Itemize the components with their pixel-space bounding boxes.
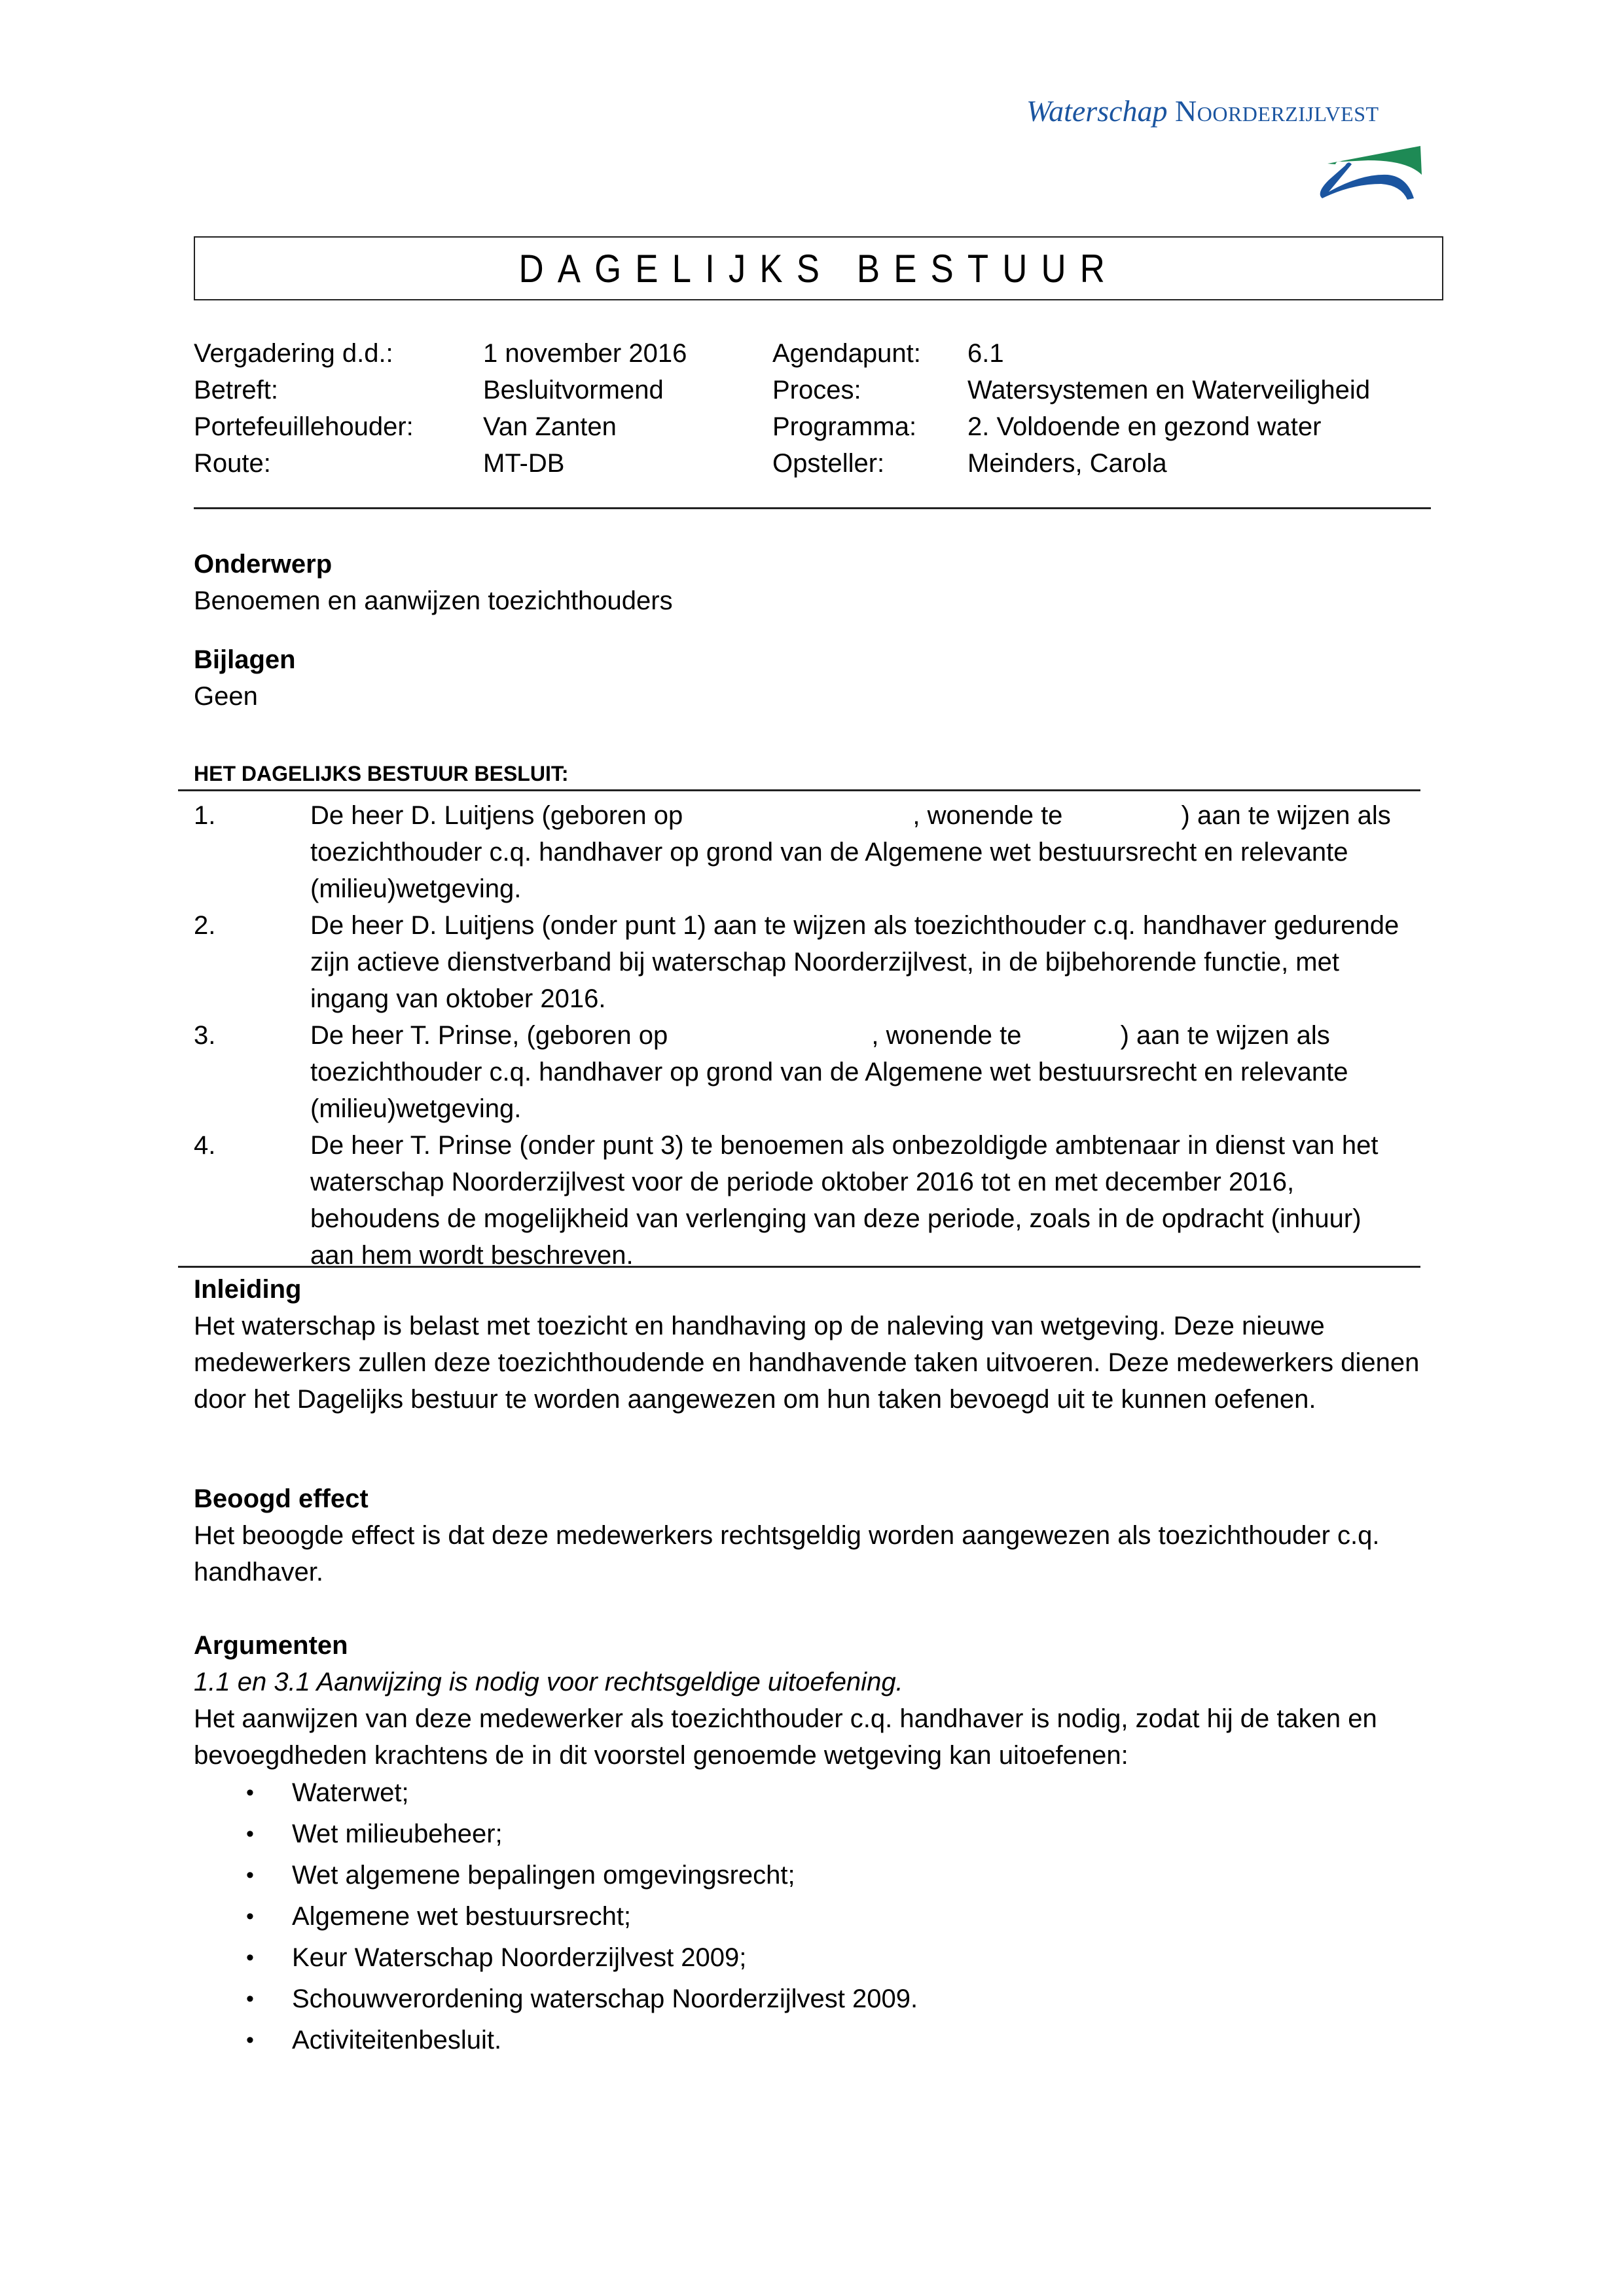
- meta-value-programma: 2. Voldoende en gezond water: [967, 408, 1321, 445]
- list-item: •Activiteitenbesluit.: [246, 2020, 918, 2061]
- decision-item-3: 3. De heer T. Prinse, (geboren op , wone…: [194, 1017, 1437, 1127]
- list-item-text: Wet milieubeheer;: [292, 1814, 503, 1855]
- decision-text: De heer D. Luitjens (onder punt 1) aan t…: [310, 907, 1437, 1017]
- argumenten-text: Het aanwijzen van deze medewerker als to…: [194, 1700, 1437, 1774]
- decision-text: De heer T. Prinse, (geboren op , wonende…: [310, 1017, 1437, 1127]
- meta-value-route: MT-DB: [483, 445, 564, 482]
- decision-list: 1. De heer D. Luitjens (geboren op , won…: [194, 797, 1437, 1274]
- decision-item-1: 1. De heer D. Luitjens (geboren op , won…: [194, 797, 1437, 907]
- bijlagen-text: Geen: [194, 678, 258, 715]
- onderwerp-heading: Onderwerp: [194, 546, 332, 583]
- bullet-icon: •: [246, 1855, 292, 1896]
- meta-label-vergadering: Vergadering d.d.:: [194, 335, 393, 372]
- list-item: •Algemene wet bestuursrecht;: [246, 1896, 918, 1937]
- bullet-icon: •: [246, 1896, 292, 1937]
- list-item: •Wet milieubeheer;: [246, 1814, 918, 1855]
- bijlagen-heading: Bijlagen: [194, 641, 296, 678]
- meta-value-opsteller: Meinders, Carola: [967, 445, 1167, 482]
- besluit-top-rule: [178, 789, 1420, 791]
- list-item: •Schouwverordening waterschap Noorderzij…: [246, 1979, 918, 2020]
- decision-text: De heer T. Prinse (onder punt 3) te beno…: [310, 1127, 1437, 1274]
- list-item-text: Wet algemene bepalingen omgevingsrecht;: [292, 1855, 795, 1896]
- bullet-icon: •: [246, 1772, 292, 1814]
- decision-item-4: 4. De heer T. Prinse (onder punt 3) te b…: [194, 1127, 1437, 1274]
- list-item: •Waterwet;: [246, 1772, 918, 1814]
- meta-value-portefeuillehouder: Van Zanten: [483, 408, 617, 445]
- list-item-text: Waterwet;: [292, 1772, 409, 1814]
- redacted-residence: [1029, 1017, 1121, 1054]
- list-item-text: Keur Waterschap Noorderzijlvest 2009;: [292, 1937, 746, 1979]
- decision-number: 2.: [194, 907, 310, 1017]
- list-item-text: Algemene wet bestuursrecht;: [292, 1896, 631, 1937]
- logo-word-noorderzijlvest: Noorderzijlvest: [1175, 94, 1379, 128]
- organization-logo-icon: [1316, 141, 1424, 200]
- bullet-icon: •: [246, 1937, 292, 1979]
- decision-number: 3.: [194, 1017, 310, 1127]
- meta-value-agendapunt: 6.1: [967, 335, 1004, 372]
- bullet-icon: •: [246, 1979, 292, 2020]
- meta-label-betreft: Betreft:: [194, 372, 278, 408]
- decision-text-part: De heer T. Prinse, (geboren op: [310, 1021, 675, 1050]
- besluit-heading: HET DAGELIJKS BESTUUR BESLUIT:: [194, 761, 568, 787]
- redacted-residence: [1070, 797, 1182, 834]
- meta-label-agendapunt: Agendapunt:: [772, 335, 921, 372]
- decision-text-part: , wonende te: [871, 1021, 1028, 1050]
- besluit-bottom-rule: [178, 1266, 1420, 1268]
- decision-text-part: , wonende te: [912, 801, 1070, 830]
- meta-divider: [194, 507, 1431, 509]
- meta-label-programma: Programma:: [772, 408, 916, 445]
- redacted-birthdate: [675, 1017, 871, 1054]
- decision-text-part: De heer D. Luitjens (geboren op: [310, 801, 690, 830]
- meta-value-proces: Watersystemen en Waterveiligheid: [967, 372, 1370, 408]
- bullet-icon: •: [246, 1814, 292, 1855]
- beoogd-effect-text: Het beoogde effect is dat deze medewerke…: [194, 1517, 1437, 1590]
- meta-label-proces: Proces:: [772, 372, 861, 408]
- meta-label-portefeuillehouder: Portefeuillehouder:: [194, 408, 414, 445]
- list-item: •Keur Waterschap Noorderzijlvest 2009;: [246, 1937, 918, 1979]
- meta-label-route: Route:: [194, 445, 271, 482]
- decision-text: De heer D. Luitjens (geboren op , wonend…: [310, 797, 1437, 907]
- list-item-text: Activiteitenbesluit.: [292, 2020, 501, 2061]
- logo-word-waterschap: Waterschap: [1026, 94, 1168, 128]
- document-title: DAGELIJKS BESTUUR: [518, 246, 1119, 291]
- decision-item-2: 2. De heer D. Luitjens (onder punt 1) aa…: [194, 907, 1437, 1017]
- decision-number: 1.: [194, 797, 310, 907]
- list-item: •Wet algemene bepalingen omgevingsrecht;: [246, 1855, 918, 1896]
- inleiding-heading: Inleiding: [194, 1271, 301, 1308]
- beoogd-effect-heading: Beoogd effect: [194, 1480, 369, 1517]
- bullet-icon: •: [246, 2020, 292, 2061]
- document-title-box: DAGELIJKS BESTUUR: [194, 236, 1443, 300]
- redacted-birthdate: [690, 797, 912, 834]
- meta-label-opsteller: Opsteller:: [772, 445, 884, 482]
- organization-logo-text: Waterschap Noorderzijlvest: [1026, 93, 1432, 130]
- meta-value-vergadering: 1 november 2016: [483, 335, 687, 372]
- argumenten-heading: Argumenten: [194, 1627, 348, 1664]
- onderwerp-text: Benoemen en aanwijzen toezichthouders: [194, 583, 673, 619]
- list-item-text: Schouwverordening waterschap Noorderzijl…: [292, 1979, 918, 2020]
- meta-value-betreft: Besluitvormend: [483, 372, 664, 408]
- argumenten-subheading: 1.1 en 3.1 Aanwijzing is nodig voor rech…: [194, 1664, 903, 1700]
- decision-number: 4.: [194, 1127, 310, 1274]
- inleiding-text: Het waterschap is belast met toezicht en…: [194, 1308, 1437, 1418]
- legislation-list: •Waterwet; •Wet milieubeheer; •Wet algem…: [246, 1772, 918, 2061]
